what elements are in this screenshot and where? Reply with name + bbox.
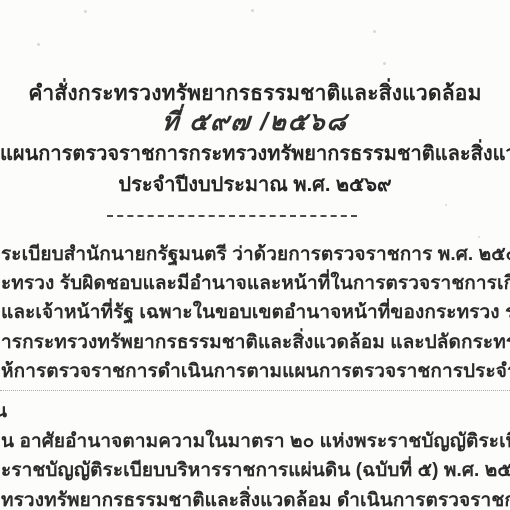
- scan-speck: [445, 204, 447, 206]
- body-text-line: ทรวงทรัพยากรธรรมชาติและสิ่งแวดล้อม ดำเนิ…: [1, 488, 510, 510]
- dashed-divider: [107, 215, 357, 217]
- body-text-line: น อาศัยอำนาจตามความในมาตรา ๒๐ แห่งพระราช…: [1, 429, 510, 455]
- scan-speck: [251, 9, 254, 12]
- order-number-handwritten: ที่ ๕๙๗ /๒๕๖๘: [0, 104, 510, 140]
- faint-scan-line: [0, 390, 510, 391]
- document-page: คำสั่งกระทรวงทรัพยากรธรรมชาติและสิ่งแวดล…: [0, 0, 510, 510]
- body-text-line: ระเบียบสำนักนายกรัฐมนตรี ว่าด้วยการตรวจร…: [1, 242, 510, 268]
- body-text-line: ารกระทรวงทรัพยากรธรรมชาติและสิ่งแวดล้อม …: [1, 330, 510, 356]
- body-text-line: และเจ้าหน้าที่รัฐ เฉพาะในขอบเขตอำนาจหน้า…: [1, 300, 510, 326]
- scan-speck: [37, 43, 40, 46]
- body-text-line: ะราชบัญญัติระเบียบบริหารราชการแผ่นดิน (ฉ…: [1, 458, 510, 484]
- body-text-line: ะทรวง รับผิดชอบและมีอำนาจและหน้าที่ในการ…: [1, 271, 510, 297]
- scan-speck: [383, 62, 386, 65]
- scan-speck: [373, 30, 376, 33]
- scan-speck: [478, 236, 480, 238]
- cropped-text-fragment: น: [0, 396, 7, 426]
- body-text-line: ห้การตรวจราชการดำเนินการตามแผนการตรวจราช…: [1, 359, 510, 385]
- scan-speck: [84, 10, 87, 13]
- plan-title-line2: ประจำปีงบประมาณ พ.ศ. ๒๕๖๙: [0, 172, 510, 199]
- plan-title-line1: แผนการตรวจราชการกระทรวงทรัพยากรธรรมชาติแ…: [0, 141, 510, 168]
